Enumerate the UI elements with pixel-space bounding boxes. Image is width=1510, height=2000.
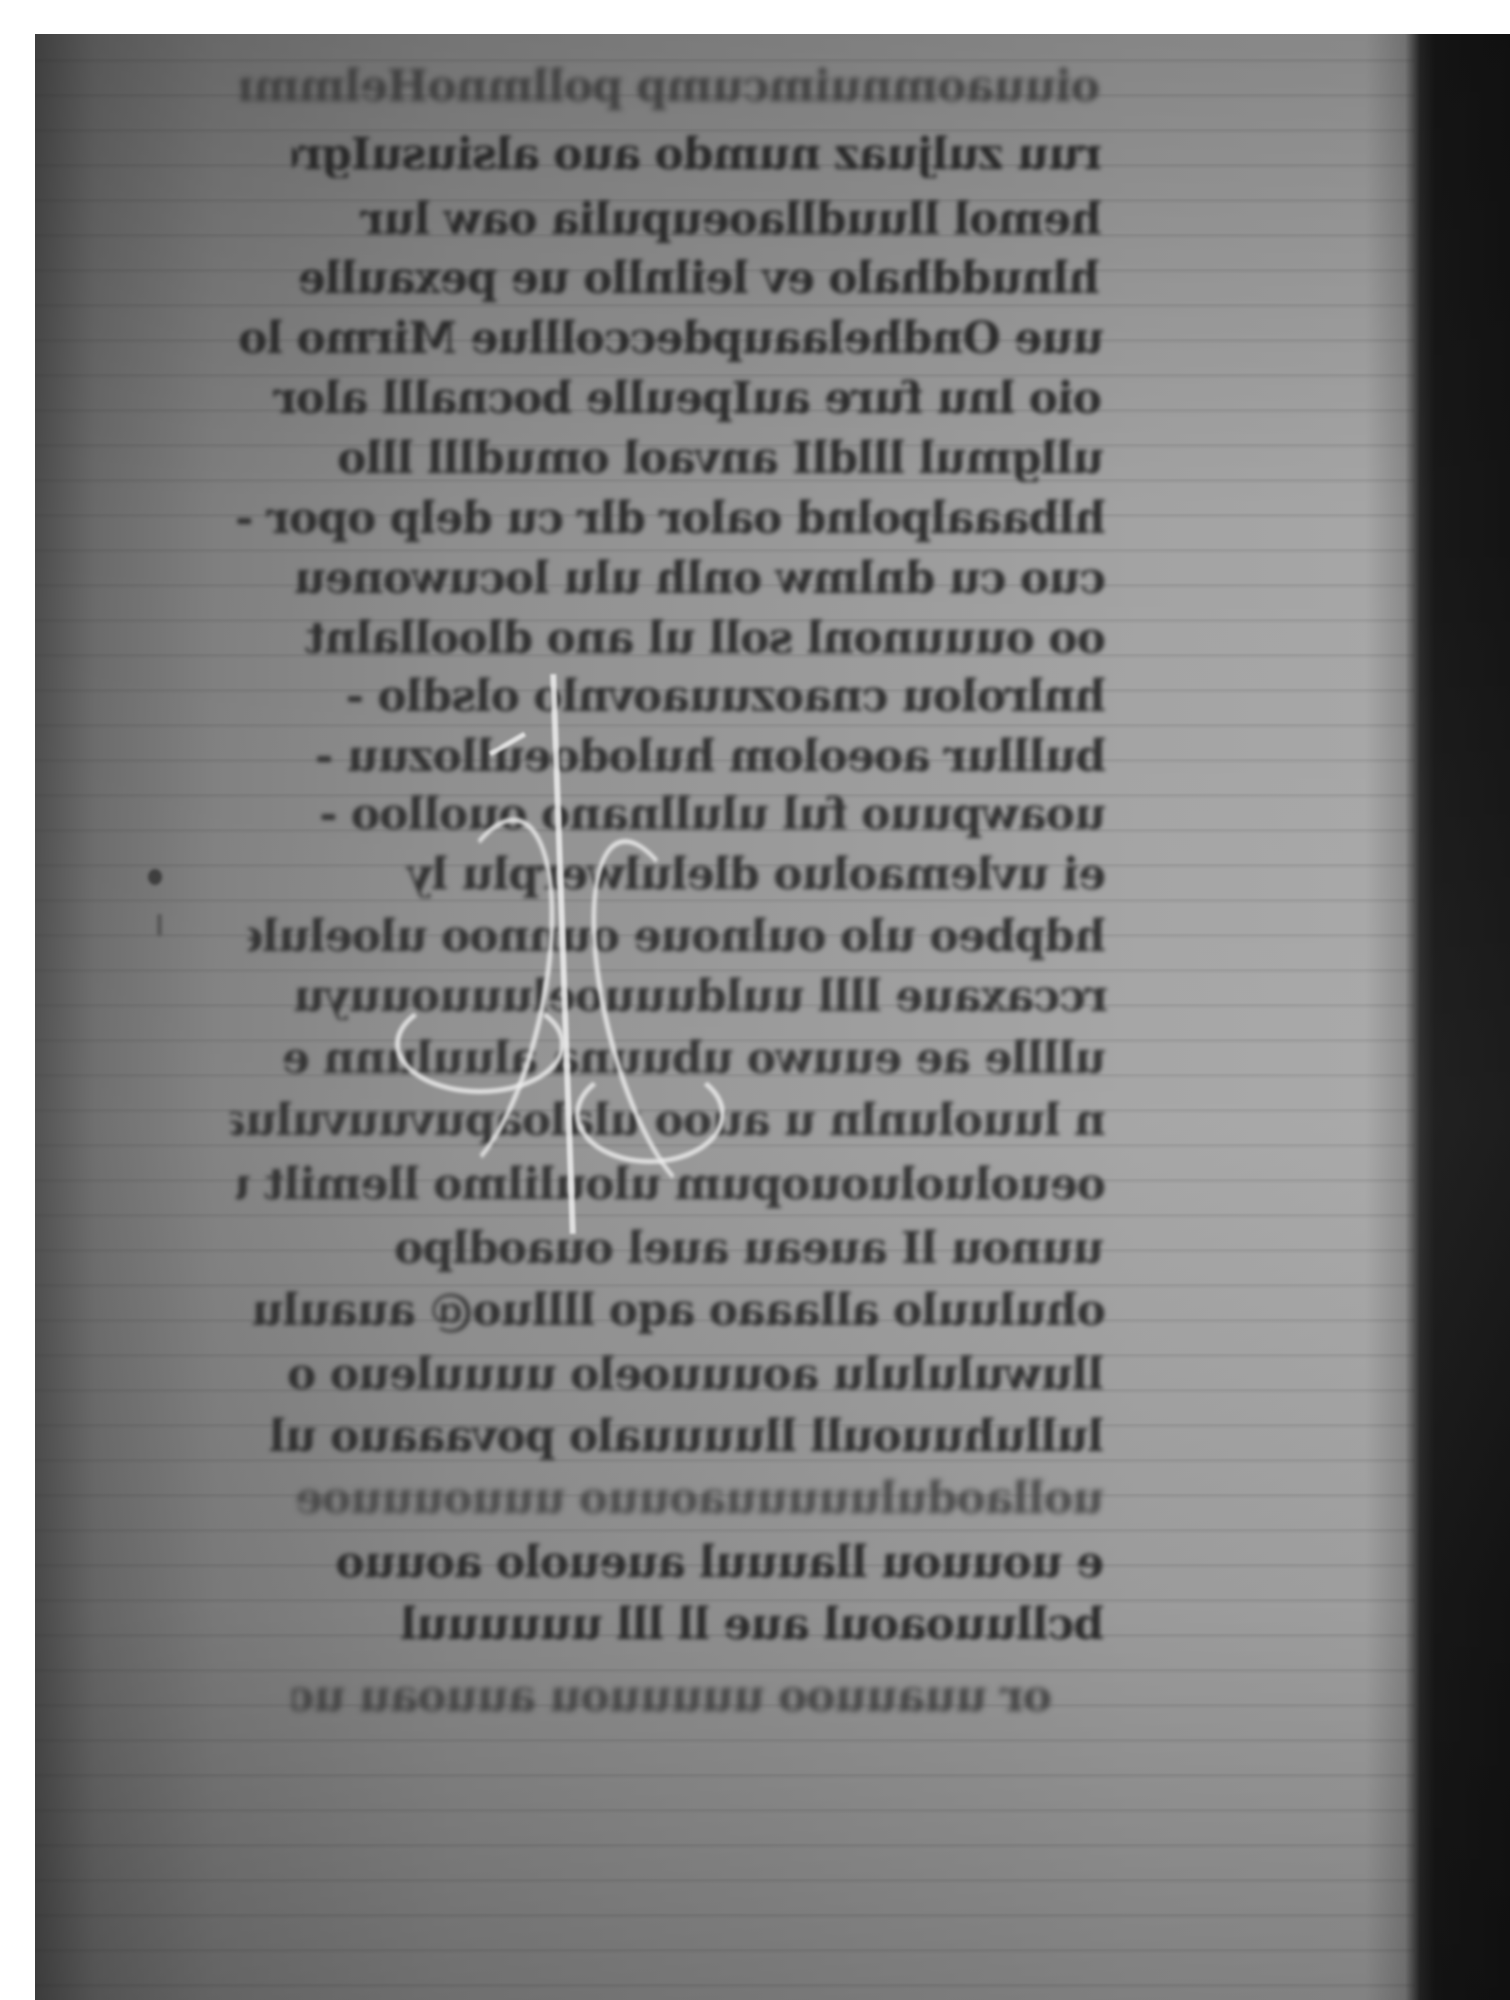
manuscript-line: ei uvlemaoluo dlelulwerplu ly bbox=[262, 852, 1106, 898]
manuscript-line: ruu zuljuaz numdo auo alsiusuIgro bbox=[292, 132, 1102, 178]
margin-dot bbox=[148, 869, 162, 885]
manuscript-line: bulllur aoeolom hulodoeullozuu - bbox=[250, 734, 1106, 780]
manuscript-line: or uuauuoo uuuuuou auuoau uo bbox=[292, 1674, 1052, 1720]
manuscript-line: hnlrolou cnaozuuaovnlo olsdlo - bbox=[262, 674, 1106, 720]
manuscript-line: uunou lI aueau auel ouaodlpo bbox=[262, 1226, 1104, 1272]
margin-tick bbox=[157, 914, 162, 936]
manuscript-line: oio lnu fure auIpeulle bocnalll alor bbox=[250, 376, 1102, 422]
manuscript-line: lulluhuuoull lluuuualo povaaauo ul bbox=[262, 1414, 1104, 1460]
manuscript-line: hlnuddhalo ev leilnllo ue pexaulle bbox=[248, 256, 1100, 302]
manuscript-line: uoawpuuo ful ulullnano ouolloo - bbox=[258, 792, 1106, 838]
manuscript-line: e uouuou llauuul aueuolo aouuo bbox=[262, 1540, 1104, 1586]
manuscript-line: lluwulululu aouuuoelo uuuuleuo o bbox=[262, 1352, 1104, 1398]
manuscript-line: cuo cu dnlmw onlh ulu locuwoneu bbox=[266, 556, 1106, 602]
manuscript-line: uue Ondhelaaupdeccolllue Mirmo lo bbox=[236, 316, 1104, 362]
manuscript-line: bclluuoaoul aue ll lll uuuuuul bbox=[262, 1602, 1104, 1648]
manuscript-line: oiuuaomnuimcump pollmnoHelmmno bbox=[240, 64, 1100, 110]
manuscript-line: ullgmul llldlI anvaol omudlll lllo bbox=[268, 436, 1104, 482]
manuscript-line: uollaoduluuuuuaouuo uuuouuuoe bbox=[262, 1476, 1104, 1522]
glare-loop bbox=[395, 994, 565, 1094]
manuscript-scan: oiuuaomnuimcump pollmnoHelmmnoruu zuljua… bbox=[35, 34, 1510, 2000]
manuscript-line: oo ouuunonl soll ul ano dloollalnt bbox=[258, 616, 1106, 662]
manuscript-line: hemol lluudllaoeupulia oaw lur bbox=[246, 197, 1102, 243]
manuscript-line: ohuluulo allaaao aqo lllluo@ auaulu bbox=[246, 1288, 1106, 1334]
manuscript-line: hlbaaalpolnd oalor dlr cu delp opor - bbox=[224, 496, 1106, 542]
glare-loop bbox=[575, 1064, 725, 1164]
